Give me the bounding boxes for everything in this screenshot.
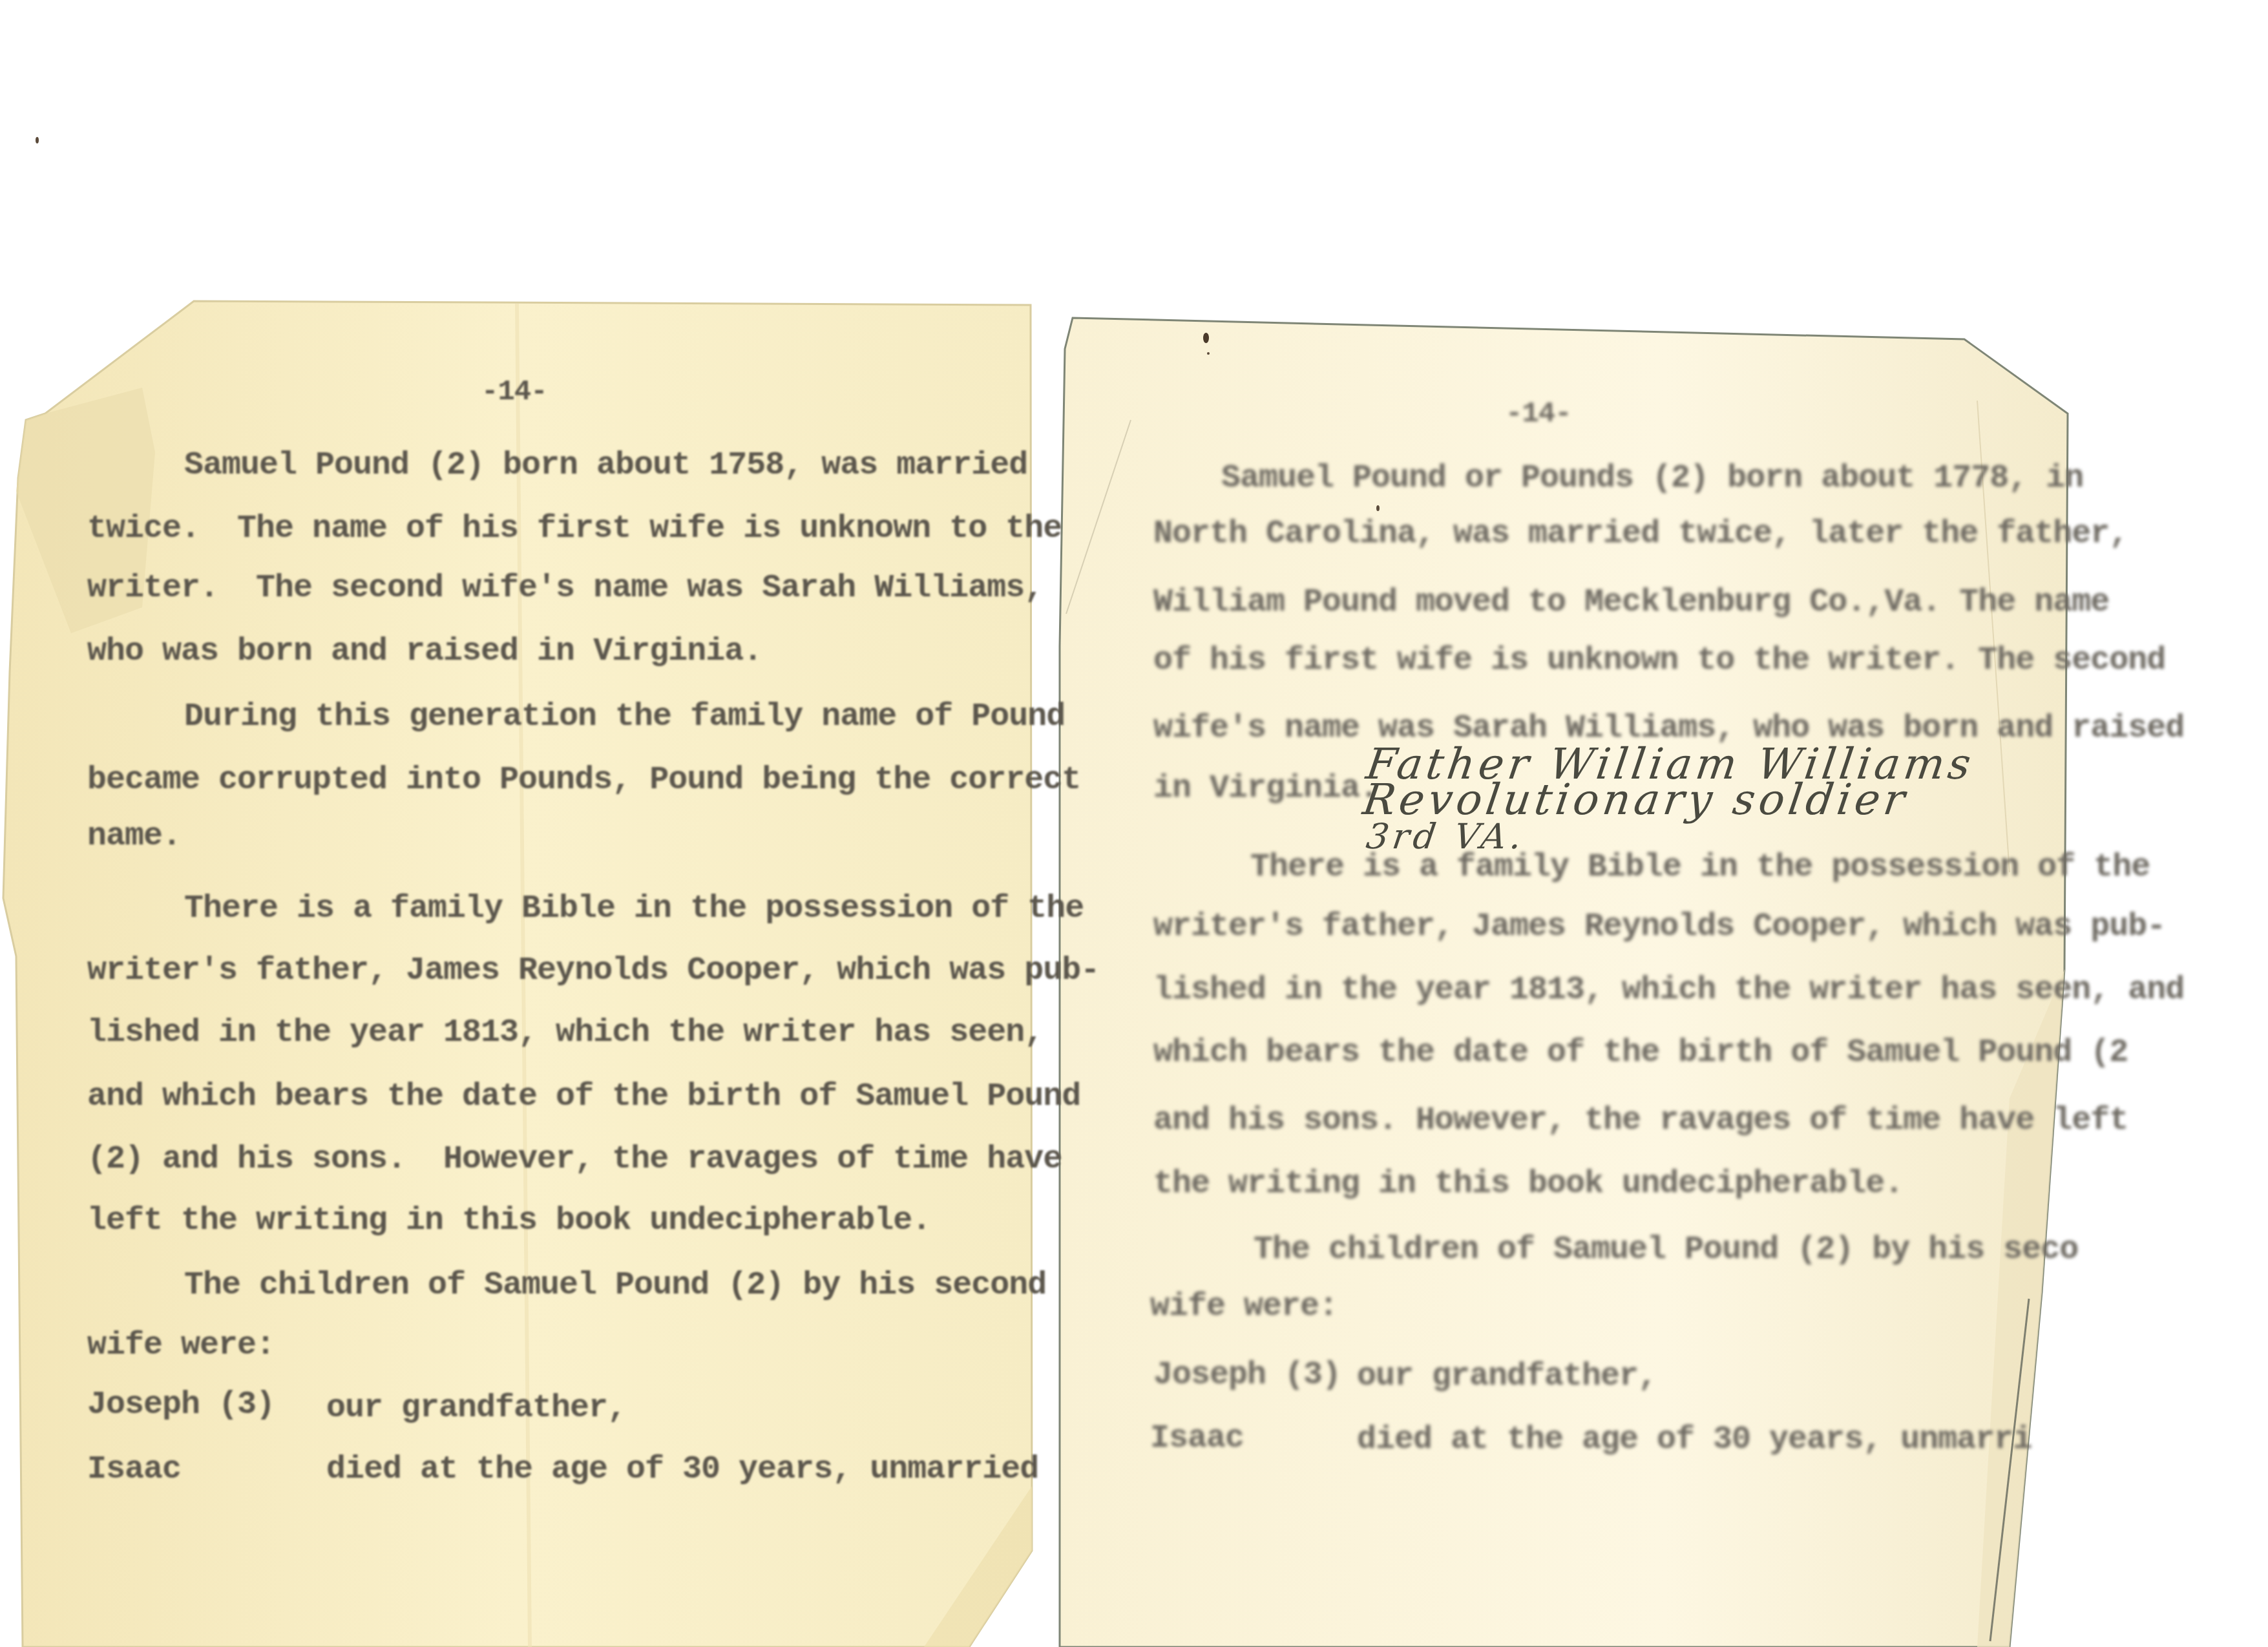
child-name: Joseph (3) xyxy=(1153,1359,1341,1392)
scan-canvas: -14- Samuel Pound (2) born about 1758, w… xyxy=(0,0,2268,1647)
handwritten-note-line: 3rd VA. xyxy=(1363,815,1528,858)
text-line: lished in the year 1813, which the write… xyxy=(1153,974,2184,1007)
child-name: Isaac xyxy=(1150,1423,1244,1455)
text-line: William Pound moved to Mecklenburg Co.,V… xyxy=(1153,587,2109,619)
child-note: died at the age of 30 years, unmarri xyxy=(1357,1424,2032,1456)
text-line: wife were: xyxy=(1150,1291,1338,1323)
text-line: and his sons. However, the ravages of ti… xyxy=(1153,1105,2128,1137)
right-page: -14- Samuel Pound or Pounds (2) born abo… xyxy=(0,0,2268,1647)
text-line: of his first wife is unknown to the writ… xyxy=(1153,645,2165,677)
text-line: the writing in this book undecipherable. xyxy=(1153,1168,1903,1201)
text-line: writer's father, James Reynolds Cooper, … xyxy=(1153,911,2165,943)
text-line: Samuel Pound or Pounds (2) born about 17… xyxy=(1221,463,2083,495)
text-line: The children of Samuel Pound (2) by his … xyxy=(1254,1234,2078,1266)
text-line: which bears the date of the birth of Sam… xyxy=(1153,1037,2128,1069)
text-line: North Carolina, was married twice, later… xyxy=(1153,518,2128,551)
page-number: -14- xyxy=(1506,398,1571,430)
text-line: in Virginia. xyxy=(1153,773,1378,805)
child-note: our grandfather, xyxy=(1357,1361,1657,1393)
